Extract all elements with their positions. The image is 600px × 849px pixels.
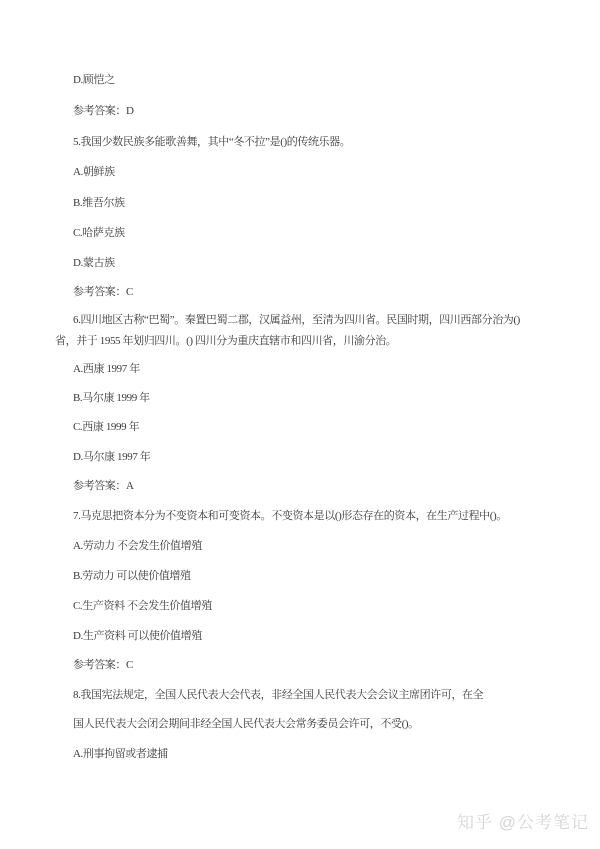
q7-option-d: D.生产资料 可以使价值增殖 <box>73 629 202 644</box>
q5-answer: 参考答案：C <box>73 285 133 300</box>
q5-option-b: B.维吾尔族 <box>73 196 125 211</box>
q8-stem-line2: 国人民代表大会闭会期间非经全国人民代表大会常务委员会许可，不受()。 <box>73 717 419 732</box>
q6-option-d: D.马尔康 1997 年 <box>73 450 150 465</box>
q7-answer: 参考答案：C <box>73 658 133 673</box>
q8-option-a: A.刑事拘留或者逮捕 <box>73 747 168 762</box>
q8-stem-line1: 8.我国宪法规定，全国人民代表大会代表，非经全国人民代表大会会议主席团许可，在全 <box>73 688 483 703</box>
q5-stem: 5.我国少数民族多能歌善舞，其中“冬不拉”是()的传统乐器。 <box>73 135 350 150</box>
q6-option-c: C.西康 1999 年 <box>73 420 139 435</box>
document-page: D.顾恺之 参考答案：D 5.我国少数民族多能歌善舞，其中“冬不拉”是()的传统… <box>0 0 600 849</box>
q6-stem-line1: 6.四川地区古称“巴蜀”。秦置巴蜀二郡，汉属益州，至清为四川省。民国时期，四川西… <box>73 313 520 328</box>
q5-option-a: A.朝鲜族 <box>73 165 115 180</box>
q6-stem-line2: 省，并于 1955 年划归四川。() 四川分为重庆直辖市和四川省，川渝分治。 <box>55 334 396 349</box>
q5-option-d: D.蒙古族 <box>73 256 115 271</box>
prev-question-option-d: D.顾恺之 <box>73 73 115 88</box>
q7-option-b: B.劳动力 可以使价值增殖 <box>73 569 191 584</box>
q5-option-c: C.哈萨克族 <box>73 226 125 241</box>
q7-option-a: A.劳动力 不会发生价值增殖 <box>73 539 202 554</box>
q7-option-c: C.生产资料 不会发生价值增殖 <box>73 599 212 614</box>
prev-question-answer: 参考答案：D <box>73 104 134 119</box>
q6-answer: 参考答案：A <box>73 479 134 494</box>
q6-option-b: B.马尔康 1999 年 <box>73 391 150 406</box>
zhihu-watermark: 知乎 @公考笔记 <box>457 808 589 833</box>
q6-option-a: A.西康 1997 年 <box>73 362 140 377</box>
q7-stem: 7.马克思把资本分为不变资本和可变资本。不变资本是以()形态存在的资本，在生产过… <box>73 509 507 524</box>
